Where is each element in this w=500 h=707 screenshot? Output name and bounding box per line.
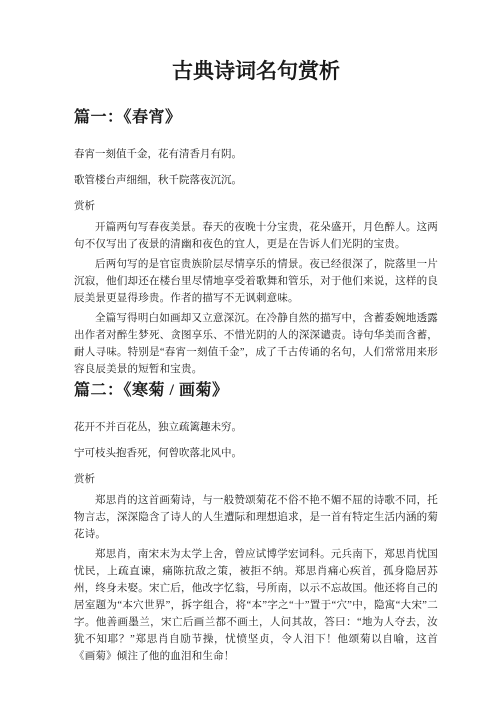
document-title: 古典诗词名句赏析 xyxy=(74,58,438,84)
section-heading: 篇二：《寒菊 / 画菊》 xyxy=(74,381,438,400)
analysis-paragraph: 后两句写的是官宦贵族阶层尽情享乐的情景。夜已经很深了，院落里一片沉寂，他们却还在… xyxy=(74,256,438,307)
analysis-paragraph: 郑思肖的这首画菊诗，与一般赞颂菊花不俗不艳不媚不屈的诗歌不同，托物言志，深深隐含… xyxy=(74,492,438,543)
poem-line: 宁可枝头抱香死，何曾吹落北风中。 xyxy=(74,446,438,461)
analysis-label: 赏析 xyxy=(74,199,438,214)
analysis-paragraph: 郑思肖，南宋末为太学上舍，曾应试博学宏词科。元兵南下，郑思肖忧国忧民，上疏直谏，… xyxy=(74,546,438,665)
poem-line: 歌管楼台声细细，秋千院落夜沉沉。 xyxy=(74,173,438,188)
analysis-paragraph: 全篇写得明白如画却又立意深沉。在冷静自然的描写中，含蓄委婉地透露出作者对醉生梦死… xyxy=(74,310,438,378)
section-heading: 篇一：《春宵》 xyxy=(74,108,438,127)
poem-line: 春宵一刻值千金，花有清香月有阴。 xyxy=(74,147,438,162)
document-page: 古典诗词名句赏析 篇一：《春宵》 春宵一刻值千金，花有清香月有阴。 歌管楼台声细… xyxy=(0,0,500,707)
analysis-paragraph: 开篇两句写春夜美景。春天的夜晚十分宝贵，花朵盛开，月色醉人。这两句不仅写出了夜景… xyxy=(74,219,438,253)
poem-line: 花开不并百花丛，独立疏篱趣未穷。 xyxy=(74,420,438,435)
section-chunxiao: 篇一：《春宵》 春宵一刻值千金，花有清香月有阴。 歌管楼台声细细，秋千院落夜沉沉… xyxy=(74,108,438,378)
analysis-label: 赏析 xyxy=(74,472,438,487)
section-hanju: 篇二：《寒菊 / 画菊》 花开不并百花丛，独立疏篱趣未穷。 宁可枝头抱香死，何曾… xyxy=(74,381,438,665)
